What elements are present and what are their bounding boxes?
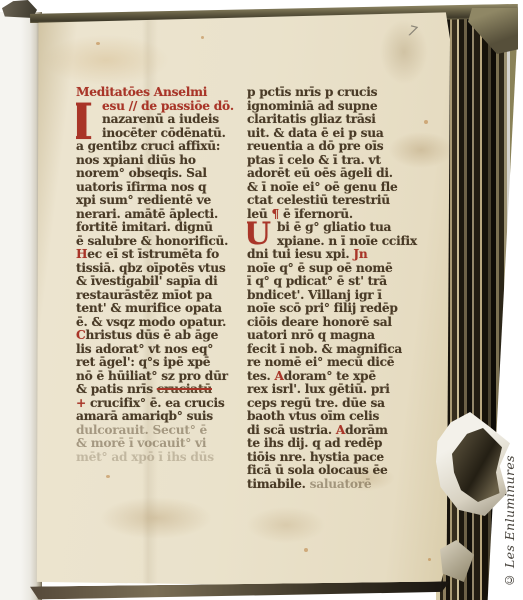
line-segment: tiōis nre. hystia pace [247,450,384,464]
line-segment: dulcorauit. Secut° ē [76,423,207,437]
line-segment: inocēter cōdēnatū. [102,126,226,140]
line-segment: xpi sum° redientē ve [76,193,211,207]
manuscript-line: & ī noīe ei° oē genu fle [247,181,428,195]
manuscript-line: Meditatōes Anselmi [76,86,246,100]
manuscript-line: ret āgel': q°s ipē xpē [76,356,246,370]
manuscript-line: Hec eī st īstrumēta fo [76,248,246,262]
line-segment: amarā amariqb° suis [76,409,213,423]
manuscript-line: bi ē g° gliatio tua [247,221,428,235]
line-segment: H [76,247,87,261]
line-segment: claritatis gliaz trāsi [247,112,376,126]
line-segment: tissiā. qbz oīpotēs vtus [76,261,226,275]
manuscript-line: timabile. saluatorē [247,478,428,492]
line-segment: & patis nrīs [76,382,157,396]
line-segment: ptas ī celo & ī tra. vt [247,153,381,167]
line-segment: cruciatū [157,382,212,396]
manuscript-line: ī q° q pdicat° ē st' trā [247,275,428,289]
line-segment: Meditatōes Anselmi [76,86,207,99]
line-segment: crucifix° ē. ea crucis [90,396,224,410]
manuscript-line: ptas ī celo & ī tra. vt [247,154,428,168]
line-segment: nerari. amātē āplecti. [76,207,218,221]
line-segment: & morē ī vocauit° vi [76,436,206,450]
manuscript-line: te ihs dij. q ad redēp [247,437,428,451]
line-segment: restaurāstēz mīot pa [76,288,212,302]
manuscript-line: & patis nrīs cruciatū [76,383,246,397]
line-segment: ē īfernorū. [279,207,353,221]
text-column-right: p pctīs nrīs p crucisignominiā ad supnec… [247,86,428,491]
manuscript-photograph: 7 Meditatōes Anselmiesu // de passiōe dō… [0,0,523,600]
line-segment: nazarenū a iudeis [102,112,219,126]
foxing-spot [304,548,308,552]
line-segment: uit. & data ē ei p sua [247,126,384,140]
manuscript-line: ē salubre & honorificū. [76,235,246,249]
manuscript-line: leū ¶ ē īfernorū. [247,208,428,222]
foxing-spot [96,42,100,45]
line-segment: noīe scō pri° filij redēp [247,301,398,315]
line-segment: adorēt eū oēs āgeli di. [247,166,393,180]
manuscript-line: noīe scō pri° filij redēp [247,302,428,316]
manuscript-line: nos xpiani diūs ho [76,154,246,168]
manuscript-line: ceps regū tre. dūe sa [247,397,428,411]
line-segment: uatori nrō q magna [247,328,375,342]
line-segment: ec eī st īstrumēta fo [87,247,219,261]
line-segment: reuentia a dō pre oīs [247,139,383,153]
manuscript-line: di scā ustria. Adorām [247,424,428,438]
manuscript-line: xpiane. n ī noīe ccifix [247,235,428,249]
line-segment: uatoris īfirma nos q [76,180,206,194]
manuscript-line: bndicet'. Villanj igr ī [247,289,428,303]
line-segment: bndicet'. Villanj igr ī [247,288,382,302]
line-segment: & īvestigabil' sapīa di [76,274,217,288]
facing-page-edge [0,12,42,600]
line-segment: a gentibz cruci affixū: [76,139,220,153]
page-bottom-shadow [30,581,450,599]
line-segment: A [274,369,283,383]
manuscript-line: nazarenū a iudeis [76,113,246,127]
manuscript-line: ficā ū sola olocaus ēe [247,464,428,478]
manuscript-line: nerari. amātē āplecti. [76,208,246,222]
manuscript-line: baoth vtus oīm celis [247,410,428,424]
line-segment: noīe q° ē sup oē nomē [247,261,392,275]
manuscript-line: claritatis gliaz trāsi [247,113,428,127]
manuscript-line: esu // de passiōe dō. [76,100,246,114]
line-segment: norem° obseqis. Sal [76,166,207,180]
manuscript-line: ē. & vsqz modo opatur. [76,316,246,330]
manuscript-line: uatori nrō q magna [247,329,428,343]
manuscript-line: ignominiā ad supne [247,100,428,114]
manuscript-line: inocēter cōdēnatū. [76,127,246,141]
line-segment: doram° te xpē [284,369,376,383]
foxing-spot [201,36,204,39]
manuscript-line: Christus dūs ē ab āge [76,329,246,343]
manuscript-line: tent' & murifice opata [76,302,246,316]
line-segment: dorām [345,423,388,437]
manuscript-line: rex isrl'. lux gētiū. pri [247,383,428,397]
line-segment: nos xpiani diūs ho [76,153,196,167]
manuscript-line: re nomē ei° mecū dicē [247,356,428,370]
manuscript-line: tiōis nre. hystia pace [247,451,428,465]
manuscript-line: norem° obseqis. Sal [76,167,246,181]
line-segment: fortitē imitari. dignū [76,220,213,234]
line-segment: hristus dūs ē ab āge [85,328,218,342]
manuscript-line: tes. Adoram° te xpē [247,370,428,384]
line-segment: & ī noīe ei° oē genu fle [247,180,397,194]
manuscript-line: fecit ī nob. & magnifica [247,343,428,357]
line-segment: ignominiā ad supne [247,99,377,113]
line-segment: A [336,423,345,437]
copyright-watermark: © Les Enluminures [502,455,517,588]
line-segment: di scā ustria. [247,423,336,437]
line-segment: + [76,396,90,410]
manuscript-line: & īvestigabil' sapīa di [76,275,246,289]
line-segment: ceps regū tre. dūe sa [247,396,385,410]
manuscript-line: uatoris īfirma nos q [76,181,246,195]
illuminated-initial-I: I [76,100,93,144]
line-segment: tes. [247,369,274,383]
manuscript-line: a gentibz cruci affixū: [76,140,246,154]
manuscript-line: fortitē imitari. dignū [76,221,246,235]
foxing-spot [428,558,431,561]
manuscript-line: dulcorauit. Secut° ē [76,424,246,438]
manuscript-line: lis adorat° vt nos eq° [76,343,246,357]
line-segment: tent' & murifice opata [76,301,222,315]
line-segment: nō ē hūiliat° sz pro dūr [76,369,228,383]
manuscript-line: ciōis deare honorē sal [247,316,428,330]
line-segment: Jn [353,247,367,261]
line-segment: ī q° q pdicat° ē st' trā [247,274,387,288]
line-segment: ret āgel': q°s ipē xpē [76,355,210,369]
manuscript-line: restaurāstēz mīot pa [76,289,246,303]
line-segment: ¶ [272,207,280,221]
line-segment: fecit ī nob. & magnifica [247,342,402,356]
line-segment: ficā ū sola olocaus ēe [247,463,387,477]
manuscript-line: & morē ī vocauit° vi [76,437,246,451]
line-segment: bi ē g° gliatio tua [277,220,391,234]
line-segment: esu // de passiōe dō. [102,99,234,113]
line-segment: lis adorat° vt nos eq° [76,342,213,356]
line-segment: xpiane. n ī noīe ccifix [277,234,417,248]
manuscript-line: ctat celestiū terestriū [247,194,428,208]
illuminated-initial-U: U [247,221,271,248]
line-segment: ciōis deare honorē sal [247,315,392,329]
manuscript-line: amarā amariqb° suis [76,410,246,424]
manuscript-line: tissiā. qbz oīpotēs vtus [76,262,246,276]
line-segment: baoth vtus oīm celis [247,409,379,423]
line-segment: ē salubre & honorificū. [76,234,228,248]
manuscript-line: noīe q° ē sup oē nomē [247,262,428,276]
manuscript-line: mēt° ad xpō ī ihs dūs [76,451,246,465]
line-segment: p pctīs nrīs p crucis [247,86,377,99]
foxing-spot [106,475,110,478]
manuscript-line: dni tui iesu xpi. Jn [247,248,428,262]
manuscript-line: uit. & data ē ei p sua [247,127,428,141]
line-segment: ctat celestiū terestriū [247,193,390,207]
line-segment: rex isrl'. lux gētiū. pri [247,382,390,396]
manuscript-line: nō ē hūiliat° sz pro dūr [76,370,246,384]
line-segment: saluatorē [310,477,372,491]
manuscript-line: p pctīs nrīs p crucis [247,86,428,100]
manuscript-line: adorēt eū oēs āgeli di. [247,167,428,181]
line-segment: re nomē ei° mecū dicē [247,355,394,369]
manuscript-line: xpi sum° redientē ve [76,194,246,208]
line-segment: mēt° ad xpō ī ihs dūs [76,450,214,464]
line-segment: ē. & vsqz modo opatur. [76,315,226,329]
manuscript-line: + crucifix° ē. ea crucis [76,397,246,411]
manuscript-line: reuentia a dō pre oīs [247,140,428,154]
text-column-left: Meditatōes Anselmiesu // de passiōe dō.n… [76,86,246,464]
line-segment: timabile. [247,477,310,491]
line-segment: te ihs dij. q ad redēp [247,436,382,450]
